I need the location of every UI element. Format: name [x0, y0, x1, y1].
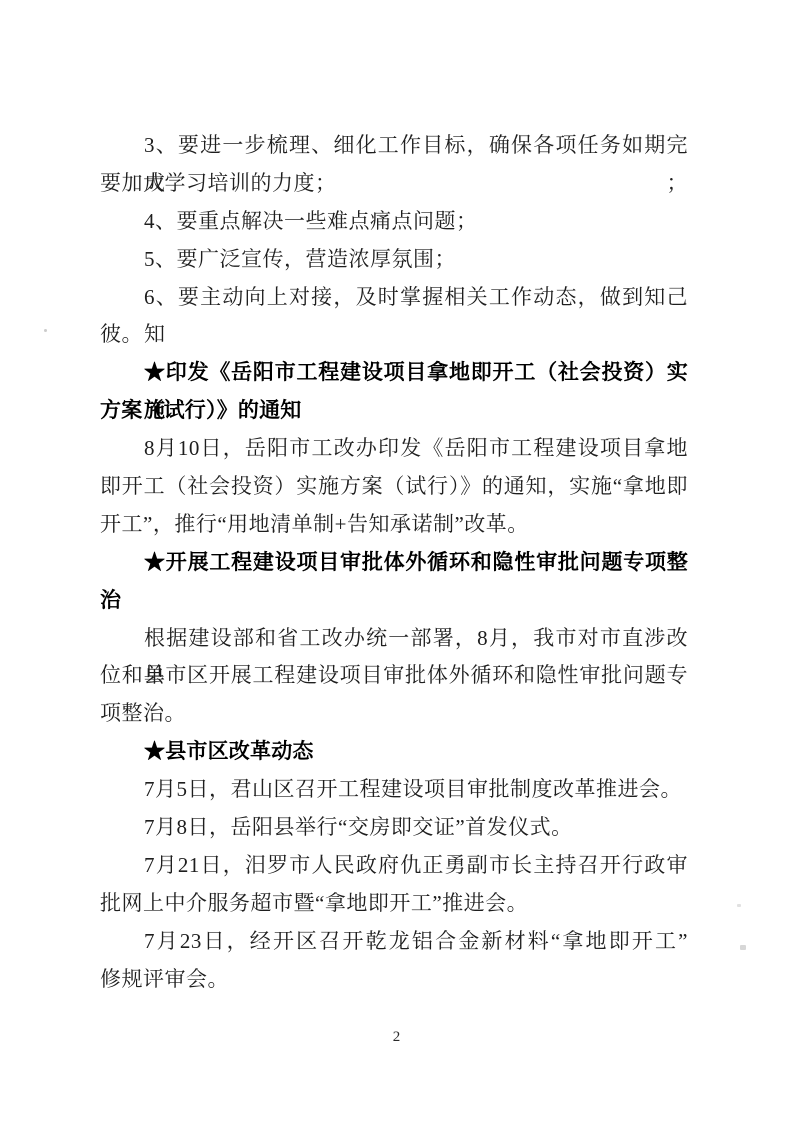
- document-line: 5、要广泛宣传，营造浓厚氛围；: [100, 241, 688, 279]
- scan-speck: [737, 904, 741, 907]
- document-line: 批网上中介服务超市暨“拿地即开工”推进会。: [100, 885, 688, 923]
- document-line: 即开工（社会投资）实施方案（试行）》的通知，实施“拿地即: [100, 468, 688, 506]
- document-line: 项整治。: [100, 695, 688, 733]
- document-line: ★印发《岳阳市工程建设项目拿地即开工（社会投资）实施: [100, 354, 688, 392]
- document-line: 方案（试行）》的通知: [100, 392, 688, 430]
- document-line: 修规评审会。: [100, 961, 688, 999]
- document-line: 7月23日，经开区召开乾龙铝合金新材料“拿地即开工”: [100, 923, 688, 961]
- document-line: 位和县市区开展工程建设项目审批体外循环和隐性审批问题专: [100, 657, 688, 695]
- document-line: 4、要重点解决一些难点痛点问题；: [100, 203, 688, 241]
- document-line: 8月10日，岳阳市工改办印发《岳阳市工程建设项目拿地: [100, 430, 688, 468]
- scan-speck: [740, 945, 746, 950]
- document-line: 根据建设部和省工改办统一部署，8月，我市对市直涉改单: [100, 620, 688, 658]
- document-line: 7月8日，岳阳县举行“交房即交证”首发仪式。: [100, 809, 688, 847]
- scan-speck: [44, 329, 47, 332]
- page-number: 2: [0, 1026, 793, 1048]
- document-body: 3、要进一步梳理、细化工作目标，确保各项任务如期完成；要加大学习培训的力度；4、…: [100, 127, 688, 998]
- document-line: 3、要进一步梳理、细化工作目标，确保各项任务如期完成；: [100, 127, 688, 165]
- document-line: 彼。: [100, 316, 688, 354]
- document-line: ★开展工程建设项目审批体外循环和隐性审批问题专项整: [100, 544, 688, 582]
- document-line: ★县市区改革动态: [100, 733, 688, 771]
- document-line: 7月5日，君山区召开工程建设项目审批制度改革推进会。: [100, 771, 688, 809]
- document-line: 开工”，推行“用地清单制+告知承诺制”改革。: [100, 506, 688, 544]
- document-line: 6、要主动向上对接，及时掌握相关工作动态，做到知己知: [100, 279, 688, 317]
- document-page: 3、要进一步梳理、细化工作目标，确保各项任务如期完成；要加大学习培训的力度；4、…: [0, 0, 793, 1122]
- document-line: 治: [100, 582, 688, 620]
- document-line: 7月21日，汨罗市人民政府仇正勇副市长主持召开行政审: [100, 847, 688, 885]
